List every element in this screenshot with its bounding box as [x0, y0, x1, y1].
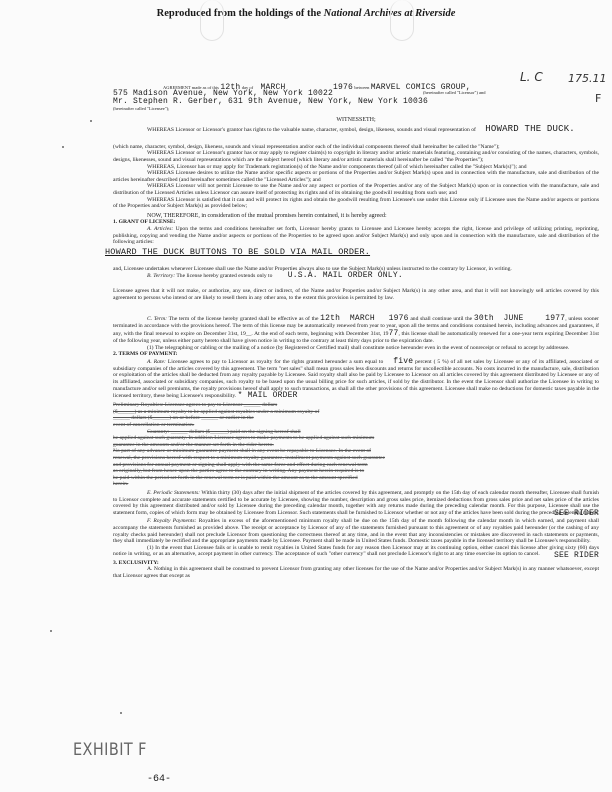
struck-clause: No part of any advance or minimum guaran… [113, 448, 599, 455]
punch-hole-mark [200, 0, 224, 41]
recital-copyright: WHEREAS Licensor or Licensor's grantor h… [113, 150, 599, 163]
notice-clause: (1) The telegraphing or cabling or the m… [113, 345, 599, 352]
territory-text: The license hereby granted extends only … [176, 273, 272, 279]
royalty-payments-clause: F. Royalty Payments: Royalties in excess… [113, 518, 599, 544]
currency-clause: (1) In the event that Licensee fails or … [113, 545, 599, 558]
term-text: The term of the license hereby granted s… [169, 316, 319, 322]
see-rider-label: SEE RIDER [554, 551, 599, 560]
articles-text: Upon the terms and conditions hereinafte… [113, 226, 599, 245]
articles-label: A. Articles: [147, 226, 173, 232]
struck-clause: Guaranty: ______ dollars ($______) paid … [113, 429, 599, 436]
scan-artifact [62, 146, 64, 148]
licensee-name: Mr. Stephen R. Gerber, 631 9th Avenue, N… [113, 97, 428, 106]
struck-clause: renewal, the provisions hereof with resp… [113, 455, 599, 462]
territory-label: B. Territory: [147, 273, 175, 279]
agreement-parties: AGREEMENT made as of this 12th day of MA… [113, 84, 599, 113]
witnesseth-heading: WITNESSETH; [113, 117, 599, 124]
struck-clause: ______ dollars ($______) on or before __… [113, 415, 599, 422]
recital-licensor-protection: WHEREAS Licensor will not permit License… [113, 183, 599, 196]
scan-artifact [90, 120, 92, 122]
recital-licensee-desire: WHEREAS Licensee desires to utilize the … [113, 170, 599, 183]
recital-goodwill: WHEREAS Licensor is satisfied that it ca… [113, 197, 599, 210]
statements-label: E. Periodic Statements: [147, 490, 200, 496]
licensed-articles: HOWARD THE DUCK BUTTONS TO BE SOLD VIA M… [105, 247, 370, 257]
struck-clause: Preliminary Royalties: Licensee agrees t… [113, 402, 599, 409]
struck-clause: event of cancellation or termination. [113, 422, 599, 429]
term-renew-year: 77 [388, 329, 398, 338]
struck-clause: be applied against such guaranty. In add… [113, 435, 599, 442]
term-label: C. Term: [147, 316, 167, 322]
archive-header-prefix: Reproduced from the holdings of the [157, 8, 324, 19]
territory-clause: B. Territory: The license hereby granted… [113, 272, 599, 280]
recital-text: WHEREAS Licensor or Licensor's grantor h… [147, 127, 476, 133]
punch-hole-mark [390, 0, 414, 41]
exhibit-stamp: EXHIBIT F [73, 740, 147, 760]
licensed-articles-typed: HOWARD THE DUCK BUTTONS TO BE SOLD VIA M… [105, 248, 599, 256]
royalty-label: F. Royalty Payments: [147, 518, 196, 524]
term-clause: C. Term: The term of the license hereby … [113, 315, 599, 344]
property-name: HOWARD THE DUCK. [485, 124, 575, 134]
licensor-called: (hereinafter called "Licensor") and [423, 90, 486, 97]
rate-label: A. Rate: [147, 359, 166, 365]
section-grant-heading: 1. GRANT OF LICENSE: [113, 219, 599, 226]
periodic-statements-clause: E. Periodic Statements: Within thirty (3… [113, 490, 599, 516]
articles-clause: A. Articles: Upon the terms and conditio… [113, 226, 599, 246]
now-therefore-clause: NOW, THEREFORE, in consideration of the … [113, 213, 599, 220]
section-payment-heading: 2. TERMS OF PAYMENT: [113, 351, 599, 358]
recital-name: WHEREAS Licensor or Licensor's grantor h… [113, 125, 599, 134]
struck-clause: as originally, but from hence upon the p… [113, 468, 599, 475]
licensee-called: (hereinafter called "Licensee"); [113, 106, 169, 111]
scan-artifact [50, 630, 52, 632]
rate-text: Licensee agrees to pay to Licensor as ro… [168, 359, 383, 365]
rate-typed: five [393, 357, 413, 366]
page-number: -64- [147, 774, 171, 785]
term-text: and shall continue until the [410, 316, 472, 322]
agreement-year: 1976 [333, 83, 353, 92]
see-rider-label: SEE RIDER [554, 509, 599, 518]
struck-minimum-royalty-clauses: Preliminary Royalties: Licensee agrees t… [113, 402, 599, 488]
between-label: between [354, 85, 369, 90]
license-agreement-page: AGREEMENT made as of this 12th day of MA… [113, 70, 599, 580]
struck-clause: be paid within the period set forth in t… [113, 475, 599, 482]
scan-artifact [120, 712, 122, 714]
struck-clause: herein. [113, 481, 599, 488]
rate-clause: A. Rate: Licensee agrees to pay to Licen… [113, 358, 599, 400]
exclusivity-clause: A. Nothing in this agreement shall be co… [113, 566, 599, 579]
territory-restriction: Licensee agrees that it will not make, o… [113, 288, 599, 301]
rate-text: percent ( 5 %) of all net sales by Licen… [113, 359, 599, 399]
rate-mail-order-typed: * MAIL ORDER [238, 391, 298, 400]
territory-typed: U.S.A. MAIL ORDER ONLY. [288, 271, 403, 280]
archive-header: Reproduced from the holdings of the Nati… [0, 8, 612, 19]
